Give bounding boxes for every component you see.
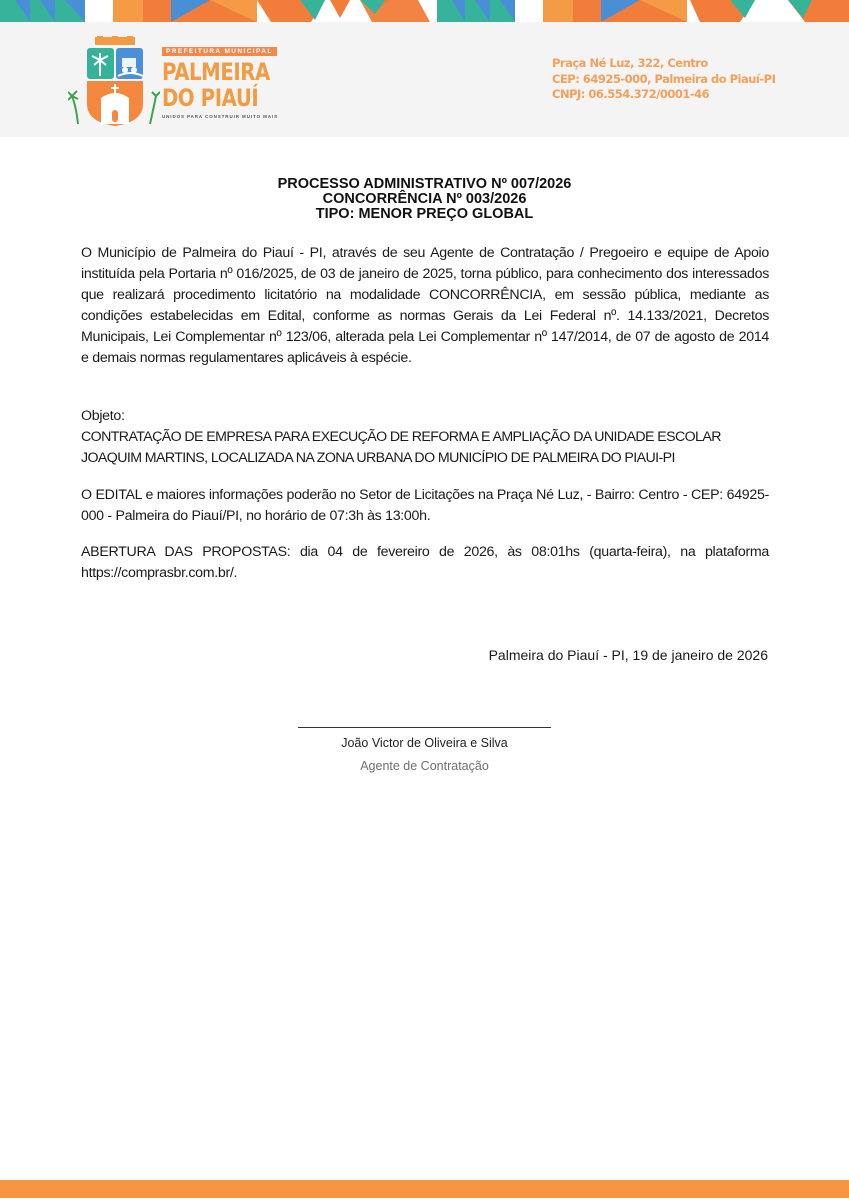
object-section: Objeto: CONTRATAÇÃO DE EMPRESA PARA EXEC… [81, 406, 769, 469]
intro-paragraph: O Município de Palmeira do Piauí - PI, a… [81, 243, 769, 369]
brand-top-label: PREFEITURA MUNICIPAL [162, 47, 277, 56]
abertura-paragraph: ABERTURA DAS PROPOSTAS: dia 04 de fevere… [81, 542, 769, 584]
top-decorative-stripe [0, 0, 849, 22]
document-title-block: PROCESSO ADMINISTRATIVO Nº 007/2026 CONC… [0, 177, 849, 222]
dateline: Palmeira do Piauí - PI, 19 de janeiro de… [489, 647, 768, 663]
contact-cnpj: CNPJ: 06.554.372/0001-46 [552, 87, 775, 103]
municipality-logo-wordmark: PREFEITURA MUNICIPAL PALMEIRA DO PIAUÍ U… [162, 40, 282, 119]
contact-info: Praça Né Luz, 322, Centro CEP: 64925-000… [552, 56, 775, 103]
brand-name-line2: DO PIAUÍ [162, 86, 260, 110]
object-line-2: JOAQUIM MARTINS, LOCALIZADA NA ZONA URBA… [81, 448, 769, 469]
tipo-title: TIPO: MENOR PREÇO GLOBAL [0, 207, 849, 222]
concorrencia-title: CONCORRÊNCIA Nº 003/2026 [0, 192, 849, 207]
municipal-coat-of-arms-icon [68, 36, 160, 128]
process-title: PROCESSO ADMINISTRATIVO Nº 007/2026 [0, 177, 849, 192]
signature-line [298, 727, 551, 728]
signatory-name: João Victor de Oliveira e Silva [298, 736, 551, 750]
object-label: Objeto: [81, 406, 769, 427]
contact-cep: CEP: 64925-000, Palmeira do Piauí-PI [552, 72, 775, 88]
footer-decorative-bar [0, 1180, 849, 1198]
contact-address: Praça Né Luz, 322, Centro [552, 56, 775, 72]
brand-tagline: UNIDOS PARA CONSTRUIR MUITO MAIS [162, 114, 282, 119]
signatory-role: Agente de Contratação [298, 759, 551, 773]
letterhead-header: PREFEITURA MUNICIPAL PALMEIRA DO PIAUÍ U… [0, 22, 849, 137]
brand-name-line1: PALMEIRA [162, 60, 260, 84]
edital-paragraph: O EDITAL e maiores informações poderão n… [81, 485, 769, 527]
object-line-1: CONTRATAÇÃO DE EMPRESA PARA EXECUÇÃO DE … [81, 427, 769, 448]
